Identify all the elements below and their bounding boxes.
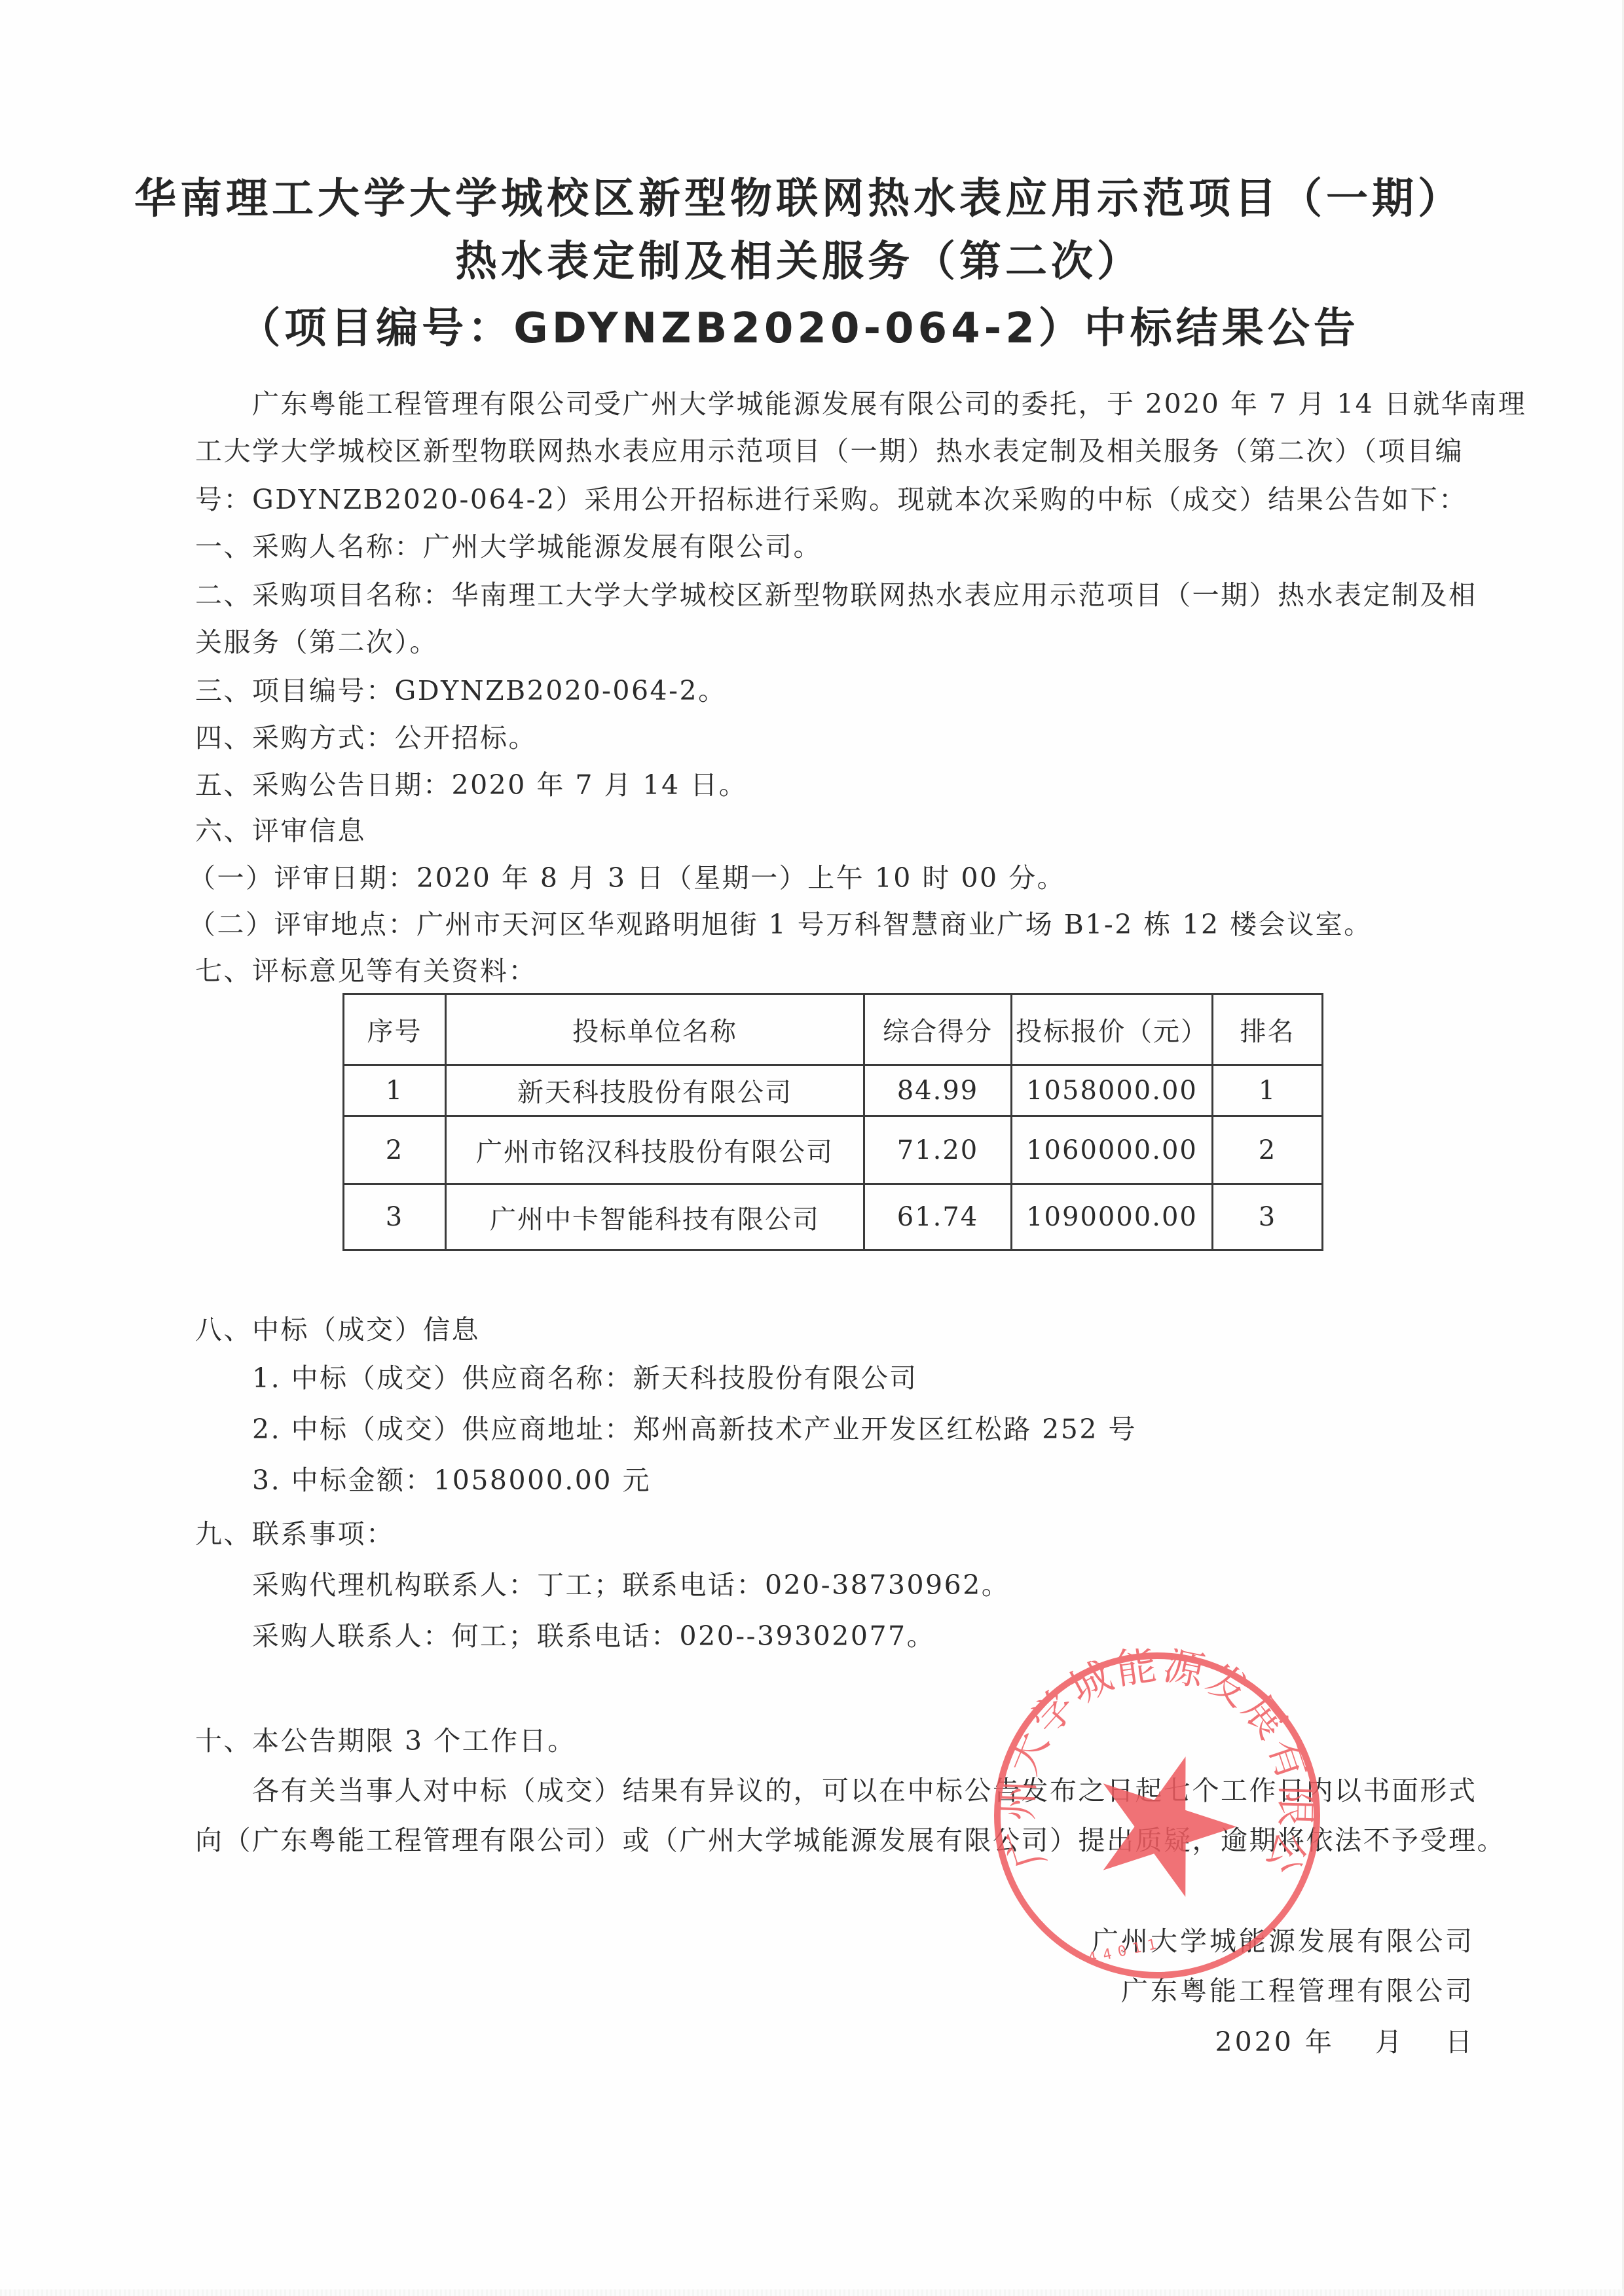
review-location: （二）评审地点：广州市天河区华观路明旭街 1 号万科智慧商业广场 B1-2 栋 … <box>189 908 1373 941</box>
objection-notice-line-1: 各有关当事人对中标（成交）结果有异议的，可以在中标公告发布之日起七个工作日内以书… <box>252 1774 1477 1807</box>
signature-agency: 广东粤能工程管理有限公司 <box>1121 1975 1475 2007</box>
section-3-project-number: 三、项目编号：GDYNZB2020-064-2。 <box>195 674 727 707</box>
bid-results-table: 序号 投标单位名称 综合得分 投标报价（元） 排名 1 新天科技股份有限公司 8… <box>342 993 1323 1251</box>
cell-price: 1060000.00 <box>1012 1116 1213 1184</box>
signature-purchaser: 广州大学城能源发展有限公司 <box>1092 1925 1475 1958</box>
section-8-heading: 八、中标（成交）信息 <box>195 1313 480 1346</box>
cell-seq: 2 <box>344 1116 446 1184</box>
table-row: 1 新天科技股份有限公司 84.99 1058000.00 1 <box>344 1065 1323 1116</box>
section-7-heading: 七、评标意见等有关资料： <box>195 955 537 987</box>
header-price: 投标报价（元） <box>1012 994 1213 1065</box>
cell-rank: 3 <box>1213 1184 1323 1250</box>
intro-line-2: 工大学大学城校区新型物联网热水表应用示范项目（一期）热水表定制及相关服务（第二次… <box>195 435 1464 467</box>
winner-address: 2. 中标（成交）供应商地址：郑州高新技术产业开发区红松路 252 号 <box>252 1413 1137 1446</box>
cell-rank: 2 <box>1213 1116 1323 1184</box>
intro-line-1: 广东粤能工程管理有限公司受广州大学城能源发展有限公司的委托，于 2020 年 7… <box>252 388 1526 420</box>
cell-bidder: 广州市铭汉科技股份有限公司 <box>446 1116 864 1184</box>
purchaser-contact: 采购人联系人：何工；联系电话：020--39302077。 <box>252 1620 935 1652</box>
header-rank: 排名 <box>1213 994 1323 1065</box>
section-10-period: 十、本公告期限 3 个工作日。 <box>195 1724 576 1757</box>
agency-contact: 采购代理机构联系人：丁工；联系电话：020-38730962。 <box>252 1569 1010 1601</box>
section-2-project-name-cont: 关服务（第二次）。 <box>195 626 438 659</box>
intro-line-3: 号：GDYNZB2020-064-2）采用公开招标进行采购。现就本次采购的中标（… <box>195 483 1467 516</box>
cell-bidder: 新天科技股份有限公司 <box>446 1065 864 1116</box>
section-4-method: 四、采购方式：公开招标。 <box>195 721 537 754</box>
cell-seq: 3 <box>344 1184 446 1250</box>
cell-price: 1090000.00 <box>1012 1184 1213 1250</box>
objection-notice-line-2: 向（广东粤能工程管理有限公司）或（广州大学城能源发展有限公司）提出质疑，逾期将依… <box>195 1824 1505 1857</box>
header-bidder: 投标单位名称 <box>446 994 864 1065</box>
cell-score: 84.99 <box>864 1065 1012 1116</box>
section-5-date: 五、采购公告日期：2020 年 7 月 14 日。 <box>195 769 747 801</box>
announcement-page: 华南理工大学大学城校区新型物联网热水表应用示范项目（一期） 热水表定制及相关服务… <box>0 0 1624 2296</box>
cell-score: 71.20 <box>864 1116 1012 1184</box>
cell-price: 1058000.00 <box>1012 1065 1213 1116</box>
cell-score: 61.74 <box>864 1184 1012 1250</box>
winning-amount: 3. 中标金额：1058000.00 元 <box>252 1464 651 1497</box>
scan-edge <box>0 2289 1624 2296</box>
cell-bidder: 广州中卡智能科技有限公司 <box>446 1184 864 1250</box>
table-row: 3 广州中卡智能科技有限公司 61.74 1090000.00 3 <box>344 1184 1323 1250</box>
winner-name: 1. 中标（成交）供应商名称：新天科技股份有限公司 <box>252 1362 918 1394</box>
title-line-2: 热水表定制及相关服务（第二次） <box>0 238 1611 285</box>
section-2-project-name: 二、采购项目名称：华南理工大学大学城校区新型物联网热水表应用示范项目（一期）热水… <box>195 579 1477 611</box>
section-1-purchaser: 一、采购人名称：广州大学城能源发展有限公司。 <box>195 530 822 563</box>
section-9-heading: 九、联系事项： <box>195 1518 395 1550</box>
section-6-heading: 六、评审信息 <box>195 814 366 847</box>
table-row: 2 广州市铭汉科技股份有限公司 71.20 1060000.00 2 <box>344 1116 1323 1184</box>
review-date: （一）评审日期：2020 年 8 月 3 日（星期一）上午 10 时 00 分。 <box>189 862 1065 894</box>
header-seq: 序号 <box>344 994 446 1065</box>
signature-date: 2020 年 月 日 <box>1215 2026 1475 2058</box>
title-line-3: （项目编号：GDYNZB2020-064-2）中标结果公告 <box>0 305 1611 352</box>
table-header-row: 序号 投标单位名称 综合得分 投标报价（元） 排名 <box>344 994 1323 1065</box>
title-line-1: 华南理工大学大学城校区新型物联网热水表应用示范项目（一期） <box>0 175 1611 223</box>
header-score: 综合得分 <box>864 994 1012 1065</box>
cell-rank: 1 <box>1213 1065 1323 1116</box>
cell-seq: 1 <box>344 1065 446 1116</box>
